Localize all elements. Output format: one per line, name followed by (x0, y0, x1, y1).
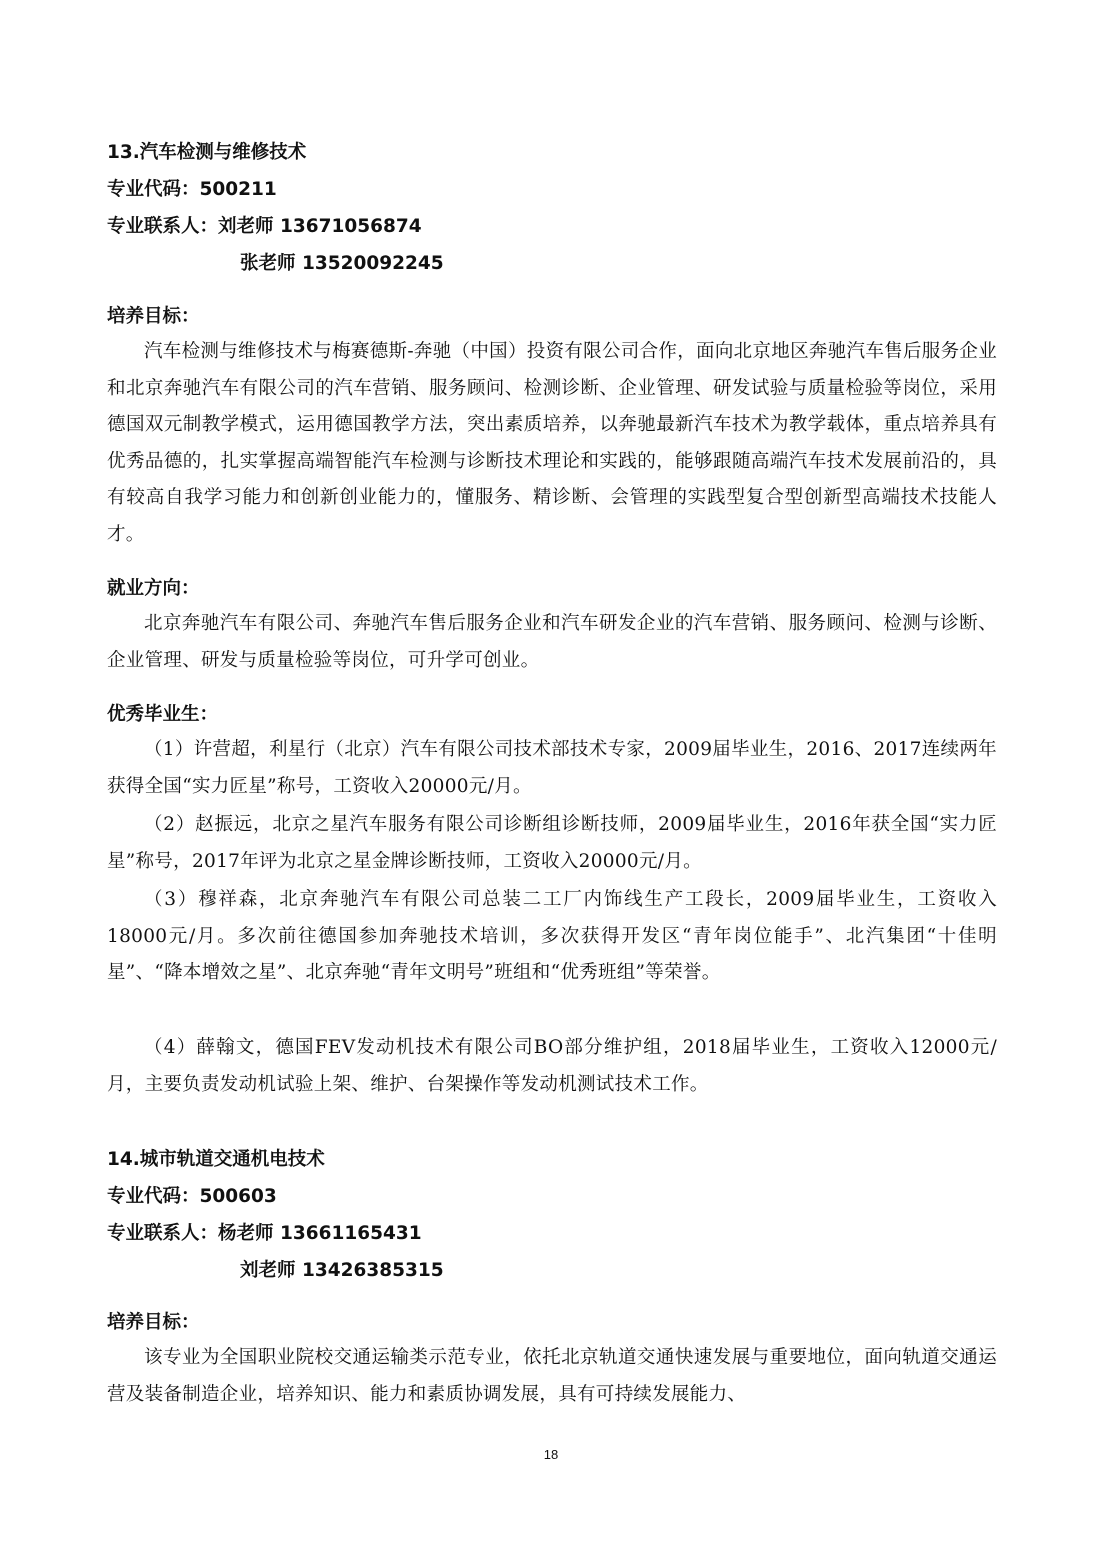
graduate-item-4: （4）薛翰文，德国FEV发动机技术有限公司BO部分维护组，2018届毕业生，工资… (107, 1030, 997, 1103)
code-label: 专业代码： (107, 179, 200, 200)
section-13-employment-text: 北京奔驰汽车有限公司、奔驰汽车售后服务企业和汽车研发企业的汽车营销、服务顾问、检… (107, 606, 997, 679)
code-value: 500211 (200, 179, 277, 200)
contact-phone: 13520092245 (302, 253, 444, 274)
section-13-title: 13.汽车检测与维修技术 (107, 141, 306, 165)
section-14-contact-1: 专业联系人：杨老师 13661165431 (107, 1222, 422, 1246)
section-13-goal-heading: 培养目标： (107, 305, 200, 329)
graduate-item-3: （3）穆祥森，北京奔驰汽车有限公司总装二工厂内饰线生产工段长，2009届毕业生，… (107, 882, 997, 992)
contact-name: 刘老师 (240, 1260, 296, 1281)
code-value: 500603 (200, 1186, 277, 1207)
section-13-contact-1: 专业联系人：刘老师 13671056874 (107, 215, 422, 239)
code-label: 专业代码： (107, 1186, 200, 1207)
section-14-goal-heading: 培养目标： (107, 1311, 200, 1335)
section-14-contact-2: 刘老师 13426385315 (240, 1259, 444, 1283)
page-number: 18 (0, 1447, 1102, 1462)
section-13-graduates-heading: 优秀毕业生： (107, 703, 218, 727)
section-13-goal-text: 汽车检测与维修技术与梅赛德斯-奔驰（中国）投资有限公司合作，面向北京地区奔驰汽车… (107, 334, 997, 553)
section-13-employment-heading: 就业方向： (107, 577, 200, 601)
section-14-title: 14.城市轨道交通机电技术 (107, 1148, 325, 1172)
section-13-code: 专业代码：500211 (107, 178, 277, 202)
graduate-item-1: （1）许营超，利星行（北京）汽车有限公司技术部技术专家，2009届毕业生，201… (107, 732, 997, 805)
section-13-contact-2: 张老师 13520092245 (240, 252, 444, 276)
contact-name: 张老师 (240, 253, 296, 274)
contact-phone: 13661165431 (280, 1223, 422, 1244)
contact-name: 杨老师 (218, 1223, 274, 1244)
contact-phone: 13671056874 (280, 216, 422, 237)
contact-phone: 13426385315 (302, 1260, 444, 1281)
section-14-code: 专业代码：500603 (107, 1185, 277, 1209)
section-14-goal-text: 该专业为全国职业院校交通运输类示范专业，依托北京轨道交通快速发展与重要地位，面向… (107, 1340, 997, 1413)
graduate-item-2: （2）赵振远，北京之星汽车服务有限公司诊断组诊断技师，2009届毕业生，2016… (107, 807, 997, 880)
contact-label: 专业联系人： (107, 216, 218, 237)
contact-name: 刘老师 (218, 216, 274, 237)
contact-label: 专业联系人： (107, 1223, 218, 1244)
